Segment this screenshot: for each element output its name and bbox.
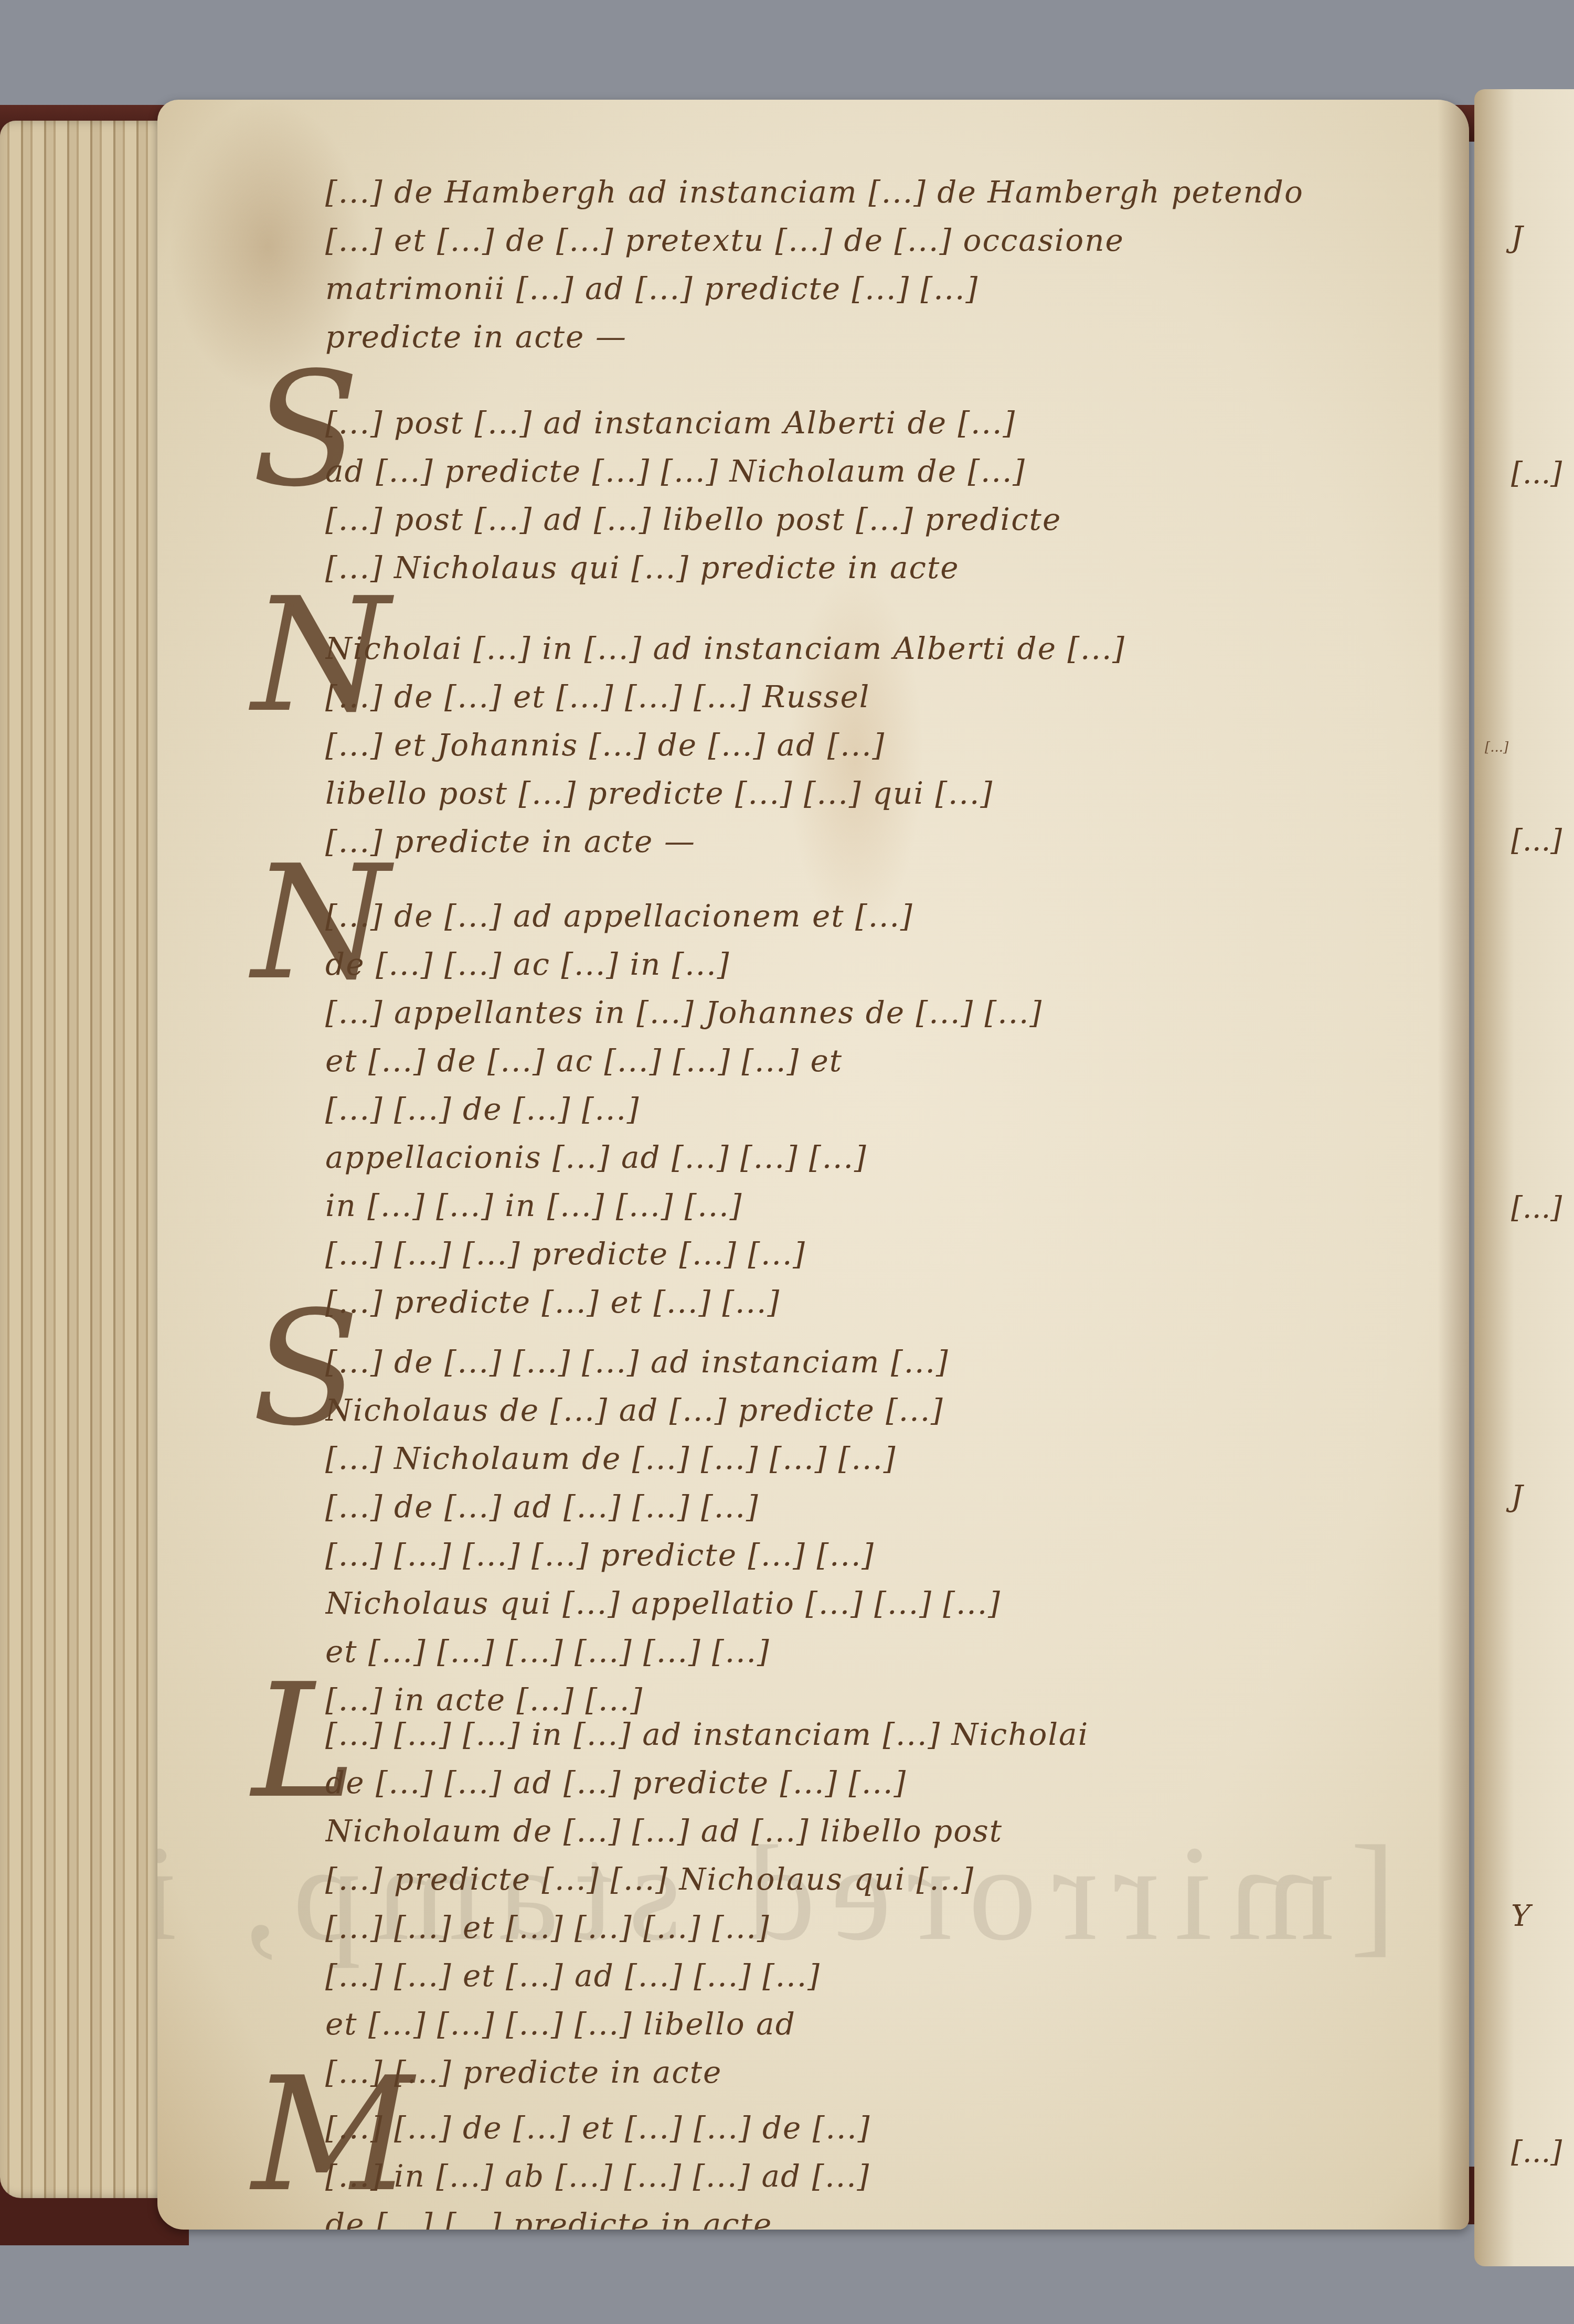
entry-line: et [...] [...] [...] [...] libello ad <box>325 2000 1427 2048</box>
margin-note: [...] <box>1485 740 1508 755</box>
entry-initial: M <box>252 2056 413 2214</box>
page-gutter-shadow <box>1438 100 1469 2230</box>
entry-1: [...] de Hambergh ad instanciam [...] de… <box>325 168 1427 361</box>
entry-line: [...] appellantes in [...] Johannes de [… <box>325 988 1427 1037</box>
page-edge-stack <box>0 121 173 2198</box>
facing-fragment: J <box>1511 220 1523 254</box>
entry-line: appellacionis [...] ad [...] [...] [...] <box>325 1133 1427 1181</box>
entry-line: [...] [...] et [...] ad [...] [...] [...… <box>325 1952 1427 2000</box>
entry-line: [...] de [...] et [...] [...] [...] Russ… <box>325 673 1427 721</box>
entries-container: [...] de Hambergh ad instanciam [...] de… <box>157 100 1469 2230</box>
entry-line: [...] de [...] [...] [...] ad instanciam… <box>325 1338 1427 1386</box>
entry-line: [...] de Hambergh ad instanciam [...] de… <box>325 168 1427 216</box>
entry-line: [...] post [...] ad [...] libello post [… <box>325 495 1427 543</box>
entry-line: [...] [...] predicte in acte <box>325 2048 1427 2096</box>
entry-initial: S <box>252 351 360 509</box>
entry-line: [...] [...] de [...] et [...] [...] de [… <box>325 2104 1427 2152</box>
entry-4: N [...] de [...] ad appellacionem et [..… <box>325 892 1427 1326</box>
entry-line: libello post [...] predicte [...] [...] … <box>325 769 1427 817</box>
entry-line: [...] predicte [...] [...] Nicholaus qui… <box>325 1855 1427 1903</box>
facing-fragment: [...] <box>1511 1191 1562 1225</box>
entry-initial: N <box>252 845 390 1002</box>
entry-line: de [...] [...] predicte in acte <box>325 2200 1427 2230</box>
manuscript-verso-page: [mirrored stamp, illegible] [...] de Ham… <box>157 100 1469 2230</box>
entry-line: [...] predicte in acte — <box>325 817 1427 866</box>
entry-line: Nicholaus de [...] ad [...] predicte [..… <box>325 1386 1427 1434</box>
entry-line: et [...] de [...] ac [...] [...] [...] e… <box>325 1037 1427 1085</box>
entry-line: [...] Nicholaum de [...] [...] [...] [..… <box>325 1434 1427 1483</box>
entry-line: [...] et [...] de [...] pretextu [...] d… <box>325 216 1427 264</box>
entry-line: [...] et Johannis [...] de [...] ad [...… <box>325 721 1427 769</box>
entry-line: [...] Nicholaus qui [...] predicte in ac… <box>325 543 1427 592</box>
entry-2: S [...] post [...] ad instanciam Alberti… <box>325 399 1427 592</box>
entry-line: ad [...] predicte [...] [...] Nicholaum … <box>325 447 1427 495</box>
entry-7: M [...] [...] de [...] et [...] [...] de… <box>325 2104 1427 2230</box>
entry-line: [...] de [...] ad appellacionem et [...] <box>325 892 1427 940</box>
entry-initial: S <box>252 1291 360 1448</box>
entry-line: Nicholaum de [...] [...] ad [...] libell… <box>325 1807 1427 1855</box>
facing-fragment: [...] <box>1511 456 1562 491</box>
entry-line: Nicholaus qui [...] appellatio [...] [..… <box>325 1579 1427 1627</box>
entry-initial: L <box>252 1663 356 1820</box>
entry-line: [...] [...] [...] predicte [...] [...] <box>325 1230 1427 1278</box>
entry-line: [...] [...] [...] [...] predicte [...] [… <box>325 1531 1427 1579</box>
entry-line: [...] [...] et [...] [...] [...] [...] <box>325 1903 1427 1952</box>
entry-line: [...] predicte [...] et [...] [...] <box>325 1278 1427 1326</box>
entry-line: de [...] [...] ad [...] predicte [...] [… <box>325 1758 1427 1807</box>
entry-5: S [...] de [...] [...] [...] ad instanci… <box>325 1338 1427 1724</box>
facing-fragment: Y <box>1511 1899 1530 1933</box>
entry-line: et [...] [...] [...] [...] [...] [...] <box>325 1627 1427 1676</box>
entry-line: [...] in [...] ab [...] [...] [...] ad [… <box>325 2152 1427 2200</box>
facing-fragment: [...] <box>1511 824 1562 858</box>
entry-line: [...] [...] de [...] [...] <box>325 1085 1427 1133</box>
facing-fragment: J <box>1511 1479 1523 1513</box>
entry-line: in [...] [...] in [...] [...] [...] <box>325 1181 1427 1230</box>
facing-recto-page: [...] J [...] [...] [...] J Y [...] <box>1474 89 1574 2266</box>
entry-line: Nicholai [...] in [...] ad instanciam Al… <box>325 624 1427 673</box>
entry-initial: N <box>252 577 390 734</box>
entry-3: N Nicholai [...] in [...] ad instanciam … <box>325 624 1427 866</box>
entry-line: [...] post [...] ad instanciam Alberti d… <box>325 399 1427 447</box>
entry-line: de [...] [...] ac [...] in [...] <box>325 940 1427 988</box>
entry-line: [...] de [...] ad [...] [...] [...] <box>325 1483 1427 1531</box>
facing-fragment: [...] <box>1511 2135 1562 2169</box>
entry-line: predicte in acte — <box>325 313 1427 361</box>
entry-line: matrimonii [...] ad [...] predicte [...]… <box>325 264 1427 313</box>
entry-line: [...] [...] [...] in [...] ad instanciam… <box>325 1710 1427 1758</box>
entry-6: L [...] [...] [...] in [...] ad instanci… <box>325 1710 1427 2096</box>
